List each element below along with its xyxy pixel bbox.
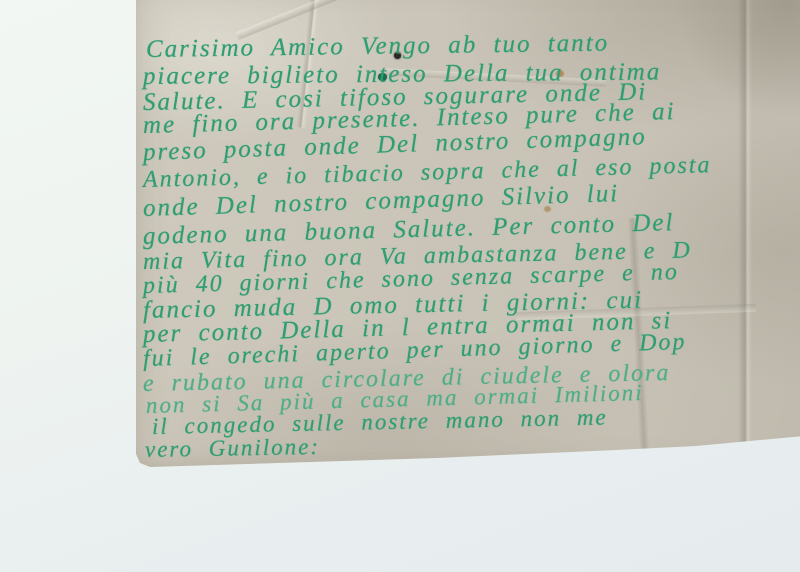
scanned-letter-image: Vipacco. 5.9.43.XXI° Carisimo Amico Veng… [0,0,800,572]
paper-shadow-patch [676,0,800,118]
paper-crease [738,0,752,472]
letter-line: vero Gunilone: [145,434,320,463]
letter-paper: Vipacco. 5.9.43.XXI° Carisimo Amico Veng… [136,0,800,472]
